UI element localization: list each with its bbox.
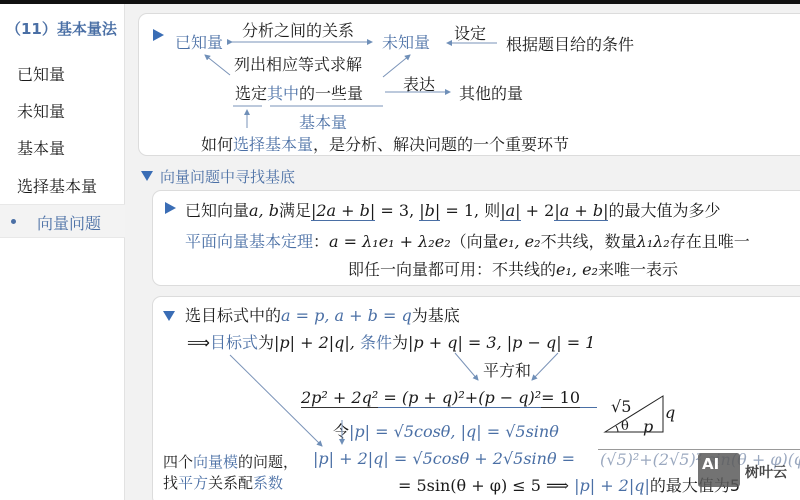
triangle-side-label: q bbox=[665, 403, 675, 422]
theorem-line-2: 即任一向量都可用：不共线的e₁, e₂来唯一表示 bbox=[348, 257, 678, 280]
res2-a: = 5sin(θ + φ) ≤ 5 ⟹ bbox=[398, 476, 569, 495]
equation-label: 列出相应等式求解 bbox=[234, 52, 362, 75]
thm-colon: ： bbox=[313, 232, 329, 251]
watermark-logo: AI bbox=[698, 453, 740, 487]
line3-b: 来唯一表示 bbox=[598, 260, 678, 279]
equation-1: 2p² + 2q² = (p + q)²+(p − q)²= 10 bbox=[301, 388, 597, 408]
find-blue1: 平方 bbox=[178, 474, 208, 492]
thm-note3: 存在且唯一 bbox=[670, 232, 750, 251]
thm-note2: 不共线，数量 bbox=[541, 232, 637, 251]
basic-label: 基本量 bbox=[299, 110, 347, 133]
select-phrase: 选定其中的一些量 bbox=[235, 81, 363, 104]
sidebar: （11）基本量法 已知量 未知量 基本量 选择基本量 向量问题 bbox=[0, 4, 125, 500]
set-label: 设定 bbox=[454, 21, 486, 44]
l2-is2: 为 bbox=[392, 333, 408, 352]
four-blue: 向量模 bbox=[193, 453, 238, 471]
thm-e: e₁, e₂ bbox=[499, 232, 541, 251]
eq1-mid: = (p + q)²+(p − q)² bbox=[378, 388, 541, 407]
express-label: 表达 bbox=[403, 72, 435, 95]
thm-lam: λ₁λ₂ bbox=[637, 232, 670, 251]
expand-triangle-icon[interactable] bbox=[165, 202, 176, 214]
collapse-triangle-icon[interactable] bbox=[163, 311, 175, 321]
l1-suffix: 为基底 bbox=[412, 306, 460, 325]
condition-label: 根据题目给的条件 bbox=[506, 32, 634, 55]
triangle-base-label: p bbox=[643, 417, 653, 436]
eq1-right: = 10 bbox=[541, 388, 580, 408]
target-line: ⟹目标式为|p| + 2|q|, 条件为|p + q| = 3, |p − q|… bbox=[187, 330, 595, 353]
l2-m1: |p| + 2|q|, bbox=[274, 333, 355, 352]
q-m6: + 2 bbox=[521, 201, 555, 220]
thm-note1: （向量 bbox=[451, 232, 499, 251]
select-prefix: 选定 bbox=[235, 84, 267, 103]
q-then: 则 bbox=[479, 201, 500, 220]
q-m4: = 1, bbox=[440, 201, 479, 220]
res2-b: |p| + 2|q| bbox=[574, 476, 650, 495]
sidebar-item-known[interactable]: 已知量 bbox=[17, 62, 65, 85]
result-line-2: = 5sin(θ + φ) ≤ 5 ⟹ |p| + 2|q|的最大值为5 bbox=[398, 473, 740, 496]
l1-math: a = p, a + b = q bbox=[281, 306, 412, 325]
how-blue: 选择基本量 bbox=[233, 135, 313, 154]
others-label: 其他的量 bbox=[459, 81, 523, 104]
q-m2: = 3, bbox=[375, 201, 419, 220]
line3-a: 即任一向量都可用：不共线的 bbox=[348, 260, 556, 279]
thm-formula: a = λ₁e₁ + λ₂e₂ bbox=[329, 232, 451, 251]
concept-card: 已知量 分析之间的关系 未知量 设定 根据题目给的条件 列出相应等式求解 选定其… bbox=[138, 13, 800, 156]
q-tail: 的最大值为多少 bbox=[608, 201, 720, 220]
result-line-1: |p| + 2|q| = √5cosθ + 2√5sinθ = bbox=[313, 449, 575, 468]
triangle-hyp-label: √5 bbox=[611, 397, 631, 416]
q-m3: |b| bbox=[419, 201, 440, 221]
basis-line: 选目标式中的a = p, a + b = q为基底 bbox=[185, 303, 460, 326]
find-mid: 关系配 bbox=[208, 474, 253, 492]
triangle-angle-label: θ bbox=[621, 419, 629, 434]
how-suffix: ，是分析、解决问题的一个重要环节 bbox=[313, 135, 569, 154]
line3-e: e₁, e₂ bbox=[556, 260, 598, 279]
q-m5: |a| bbox=[500, 201, 520, 221]
known-label: 已知量 bbox=[175, 30, 223, 53]
l2-cond: 条件 bbox=[360, 333, 392, 352]
q-m1: |2a + b| bbox=[311, 201, 375, 221]
sidebar-item-vector[interactable]: 向量问题 bbox=[0, 204, 125, 238]
sidebar-item-select-basic[interactable]: 选择基本量 bbox=[17, 174, 97, 197]
theorem-line: 平面向量基本定理：a = λ₁e₁ + λ₂e₂（向量e₁, e₂不共线，数量λ… bbox=[185, 229, 750, 252]
q-prefix: 已知向量 bbox=[185, 201, 249, 220]
relation-label: 分析之间的关系 bbox=[242, 18, 354, 41]
eq1-left: 2p² + 2q² bbox=[301, 388, 378, 408]
unknown-label: 未知量 bbox=[382, 30, 430, 53]
l2-is: 为 bbox=[258, 333, 274, 352]
four-prefix: 四个 bbox=[163, 453, 193, 471]
sidebar-item-unknown[interactable]: 未知量 bbox=[17, 99, 65, 122]
section-title[interactable]: 向量问题中寻找基底 bbox=[160, 166, 295, 187]
q-m7: |a + b| bbox=[554, 201, 608, 221]
question-line: 已知向量a, b满足|2a + b| = 3, |b| = 1, 则|a| + … bbox=[185, 198, 720, 221]
theorem-card: 已知向量a, b满足|2a + b| = 3, |b| = 1, 则|a| + … bbox=[152, 190, 800, 286]
collapse-triangle-icon[interactable] bbox=[141, 171, 153, 181]
expand-triangle-icon[interactable] bbox=[153, 29, 164, 41]
sidebar-item-basic[interactable]: 基本量 bbox=[17, 136, 65, 159]
four-suffix: 的问题， bbox=[238, 453, 298, 471]
four-norms-note: 四个向量模的问题， bbox=[163, 451, 298, 472]
thm-label: 平面向量基本定理 bbox=[185, 232, 313, 251]
let-label: 令 bbox=[333, 422, 349, 441]
substitution-line: 令|p| = √5cosθ, |q| = √5sinθ bbox=[333, 419, 559, 442]
implies-arrow: ⟹ bbox=[187, 333, 210, 352]
l2-m2: |p + q| = 3, |p − q| = 1 bbox=[408, 333, 595, 352]
l1-prefix: 选目标式中的 bbox=[185, 306, 281, 325]
bullet-icon bbox=[11, 219, 16, 224]
find-blue2: 系数 bbox=[253, 474, 283, 492]
how-sentence: 如何选择基本量，是分析、解决问题的一个重要环节 bbox=[201, 132, 569, 155]
select-suffix: 的一些量 bbox=[299, 84, 363, 103]
how-prefix: 如何 bbox=[201, 135, 233, 154]
find-prefix: 找 bbox=[163, 474, 178, 492]
l2-target: 目标式 bbox=[210, 333, 258, 352]
let-math: |p| = √5cosθ, |q| = √5sinθ bbox=[349, 422, 559, 441]
q-cond: 满足 bbox=[279, 201, 311, 220]
watermark-text: 树叶云 bbox=[745, 462, 787, 482]
find-square-note: 找平方关系配系数 bbox=[163, 472, 283, 493]
sum-of-squares-label: 平方和 bbox=[483, 358, 531, 381]
q-ab: a, b bbox=[249, 201, 279, 220]
select-mid: 其中 bbox=[267, 84, 299, 103]
sidebar-item-label: 向量问题 bbox=[37, 211, 101, 234]
sidebar-title[interactable]: （11）基本量法 bbox=[6, 18, 117, 39]
